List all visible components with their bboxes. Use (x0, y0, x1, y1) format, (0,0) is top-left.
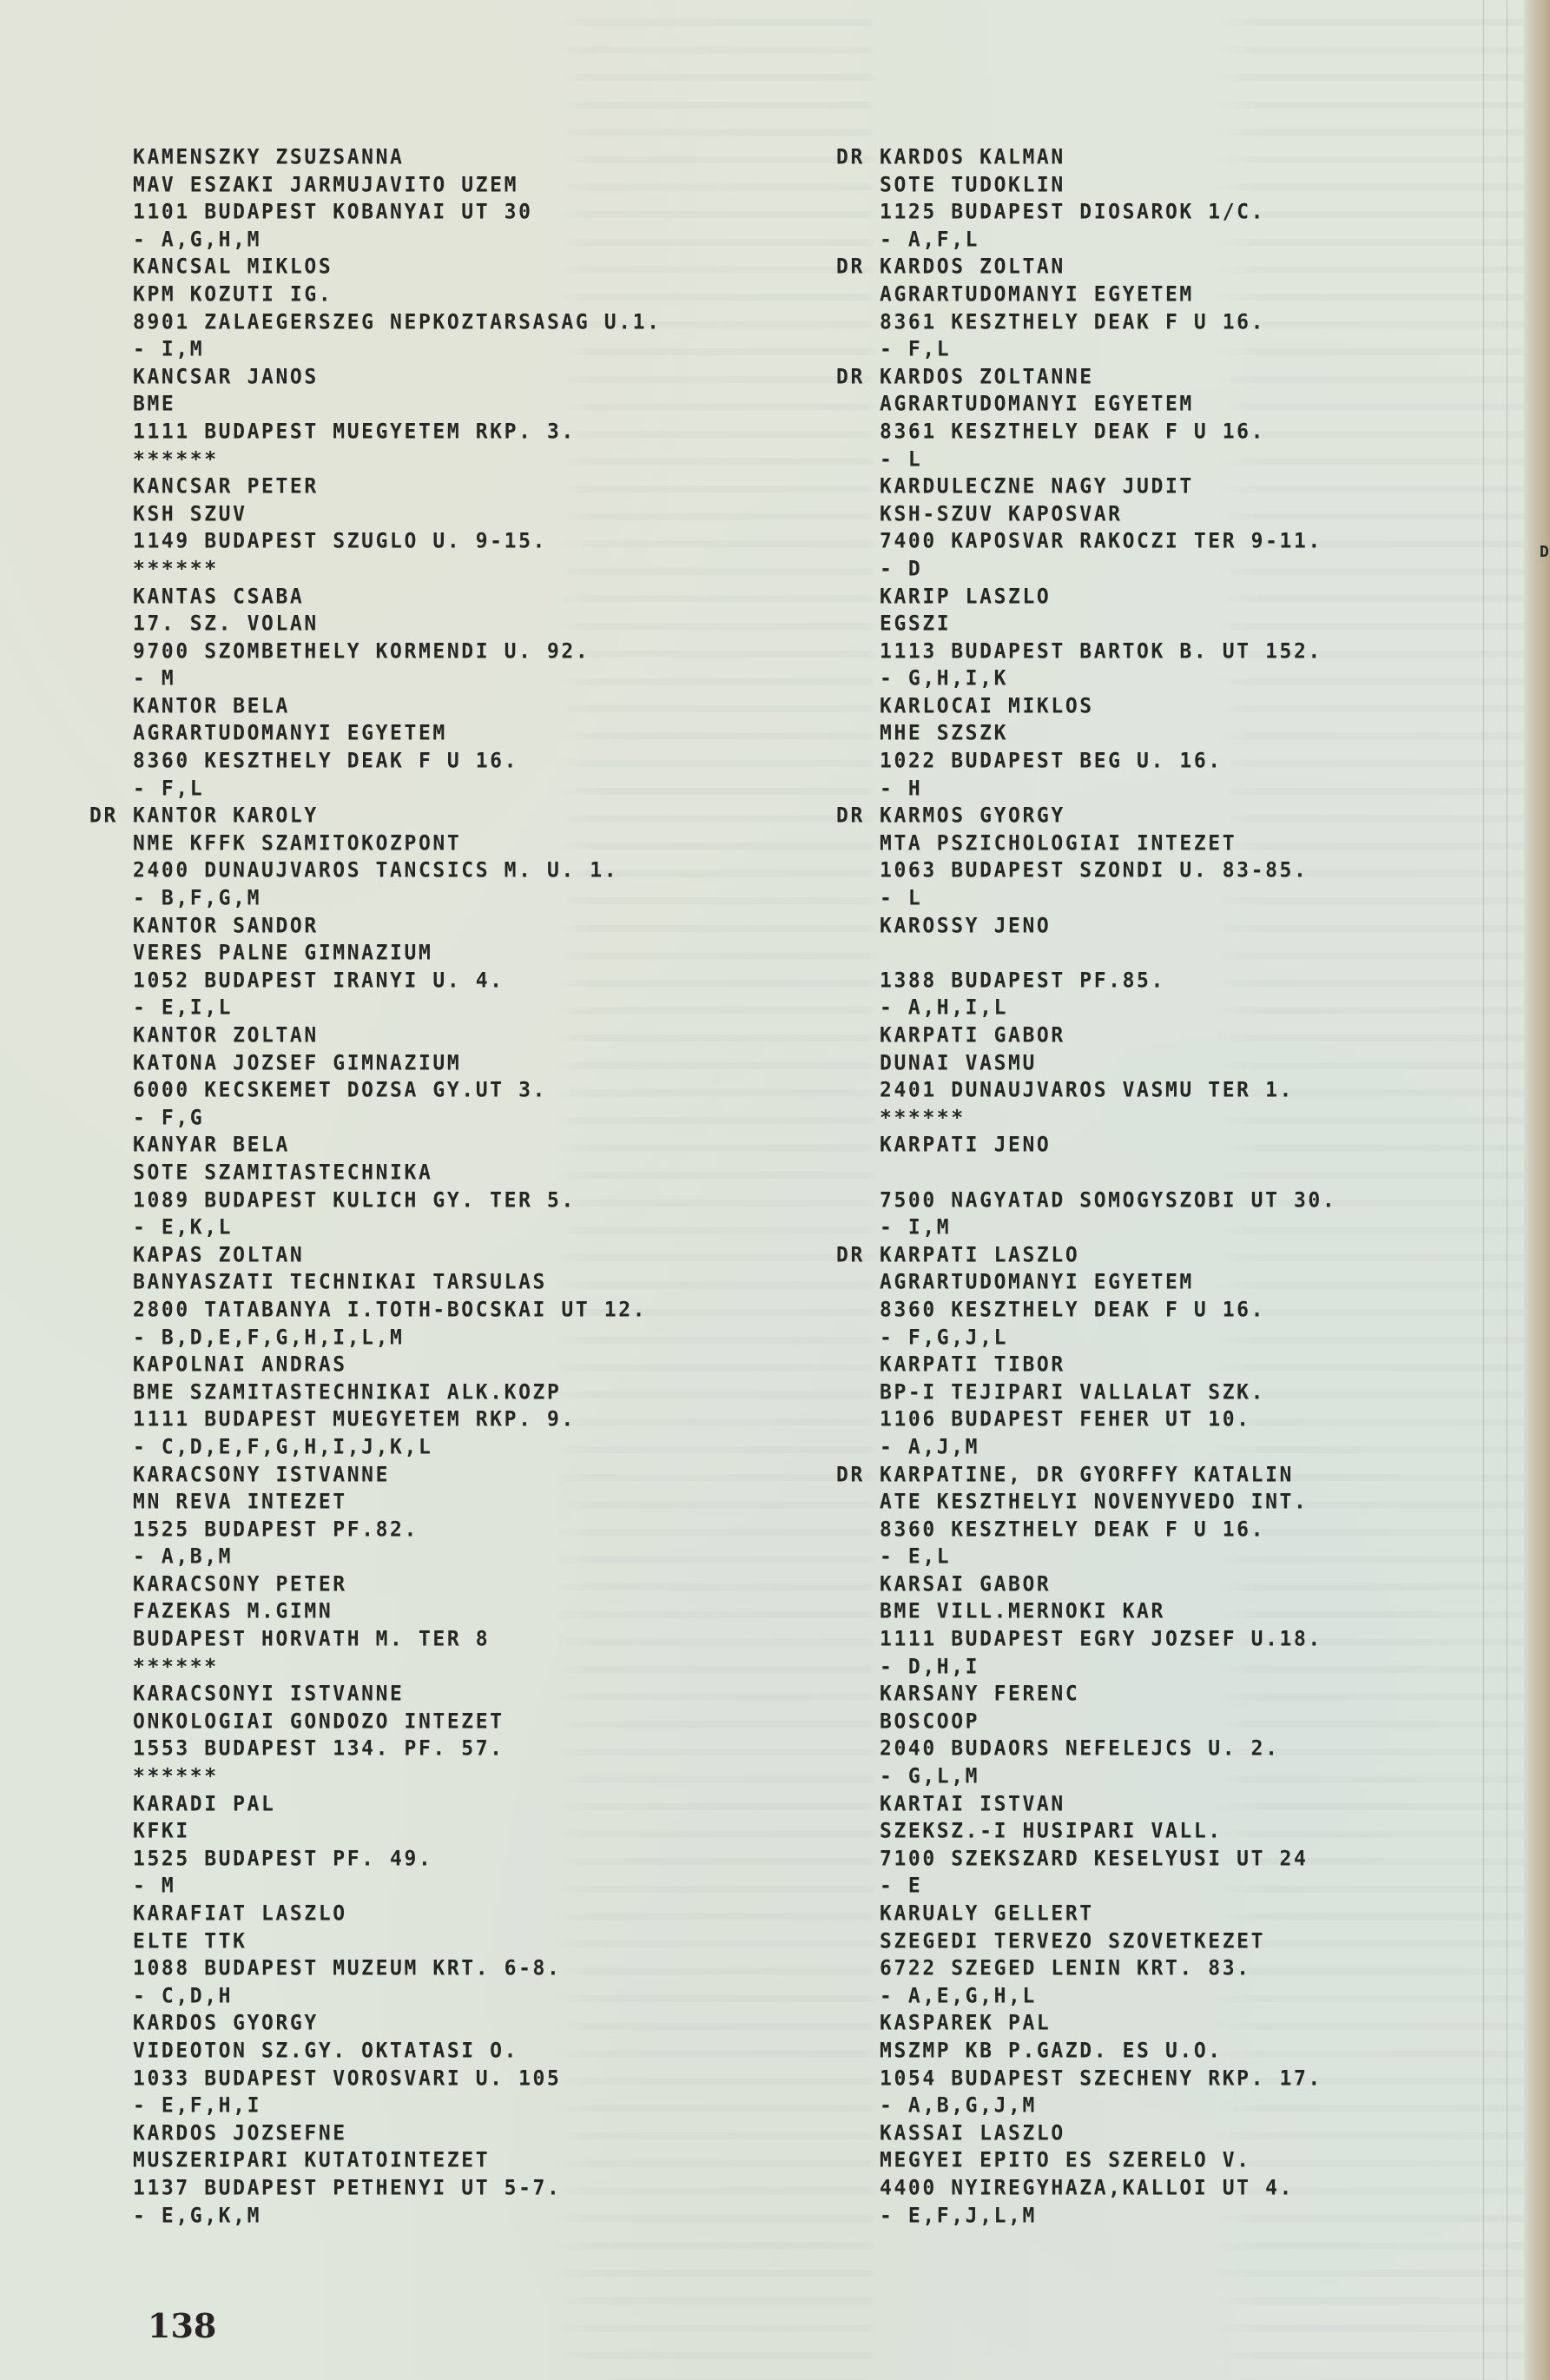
entry-interest-codes: - C,D,H (133, 1982, 662, 2011)
entry-title-prefix: DR (836, 363, 865, 392)
entry-organization: DUNAI VASMU (880, 1049, 1336, 1078)
entry-organization: SZEGEDI TERVEZO SZOVETKEZET (880, 1927, 1336, 1956)
entry-name-text: KARLOCAI MIKLOS (880, 694, 1094, 717)
directory-entry: KARACSONY PETERFAZEKAS M.GIMNBUDAPEST HO… (133, 1571, 662, 1681)
directory-entry: KARDOS GYORGYVIDEOTON SZ.GY. OKTATASI O.… (133, 2010, 662, 2119)
entry-address: 1137 BUDAPEST PETHENYI UT 5-7. (133, 2174, 662, 2203)
entry-name: DRKARPATI LASZLO (880, 1241, 1336, 1270)
entry-name-text: KAROSSY JENO (880, 914, 1051, 937)
entry-address: 1553 BUDAPEST 134. PF. 57. (133, 1735, 662, 1764)
entry-name: KARACSONYI ISTVANNE (133, 1680, 662, 1709)
entry-name: KARTAI ISTVAN (880, 1790, 1336, 1819)
directory-entry: KAPAS ZOLTANBANYASZATI TECHNIKAI TARSULA… (133, 1242, 662, 1352)
directory-entry: DRKARDOS KALMANSOTE TUDOKLIN1125 BUDAPES… (880, 144, 1336, 254)
entry-interest-codes: - F,L (133, 775, 662, 803)
entry-interest-codes: - M (133, 664, 662, 693)
entry-address: 8901 ZALAEGERSZEG NEPKOZTARSASAG U.1. (133, 308, 662, 337)
directory-entry: KARDULECZNE NAGY JUDITKSH-SZUV KAPOSVAR7… (880, 473, 1336, 583)
entry-title-prefix: DR (89, 802, 118, 830)
directory-entry: DRKARPATINE, DR GYORFFY KATALINATE KESZT… (880, 1462, 1336, 1571)
entry-interest-codes: - C,D,E,F,G,H,I,J,K,L (133, 1433, 662, 1462)
fold-line (1483, 0, 1484, 2380)
entry-address: 7400 KAPOSVAR RAKOCZI TER 9-11. (880, 528, 1336, 557)
entry-name: KANYAR BELA (133, 1132, 662, 1160)
entry-interest-codes: - I,M (133, 335, 662, 364)
entry-title-prefix: DR (836, 1241, 865, 1270)
entry-address: 1033 BUDAPEST VOROSVARI U. 105 (133, 2065, 662, 2093)
entry-name: DRKARDOS ZOLTANNE (880, 363, 1336, 392)
entry-organization: KPM KOZUTI IG. (133, 281, 662, 309)
next-page-fragment: D (1540, 543, 1549, 561)
entry-title-prefix: DR (836, 254, 865, 282)
entry-name: KARIP LASZLO (880, 583, 1336, 612)
entry-interest-codes: - G,L,M (880, 1762, 1336, 1791)
entry-interest-codes: - F,L (880, 335, 1336, 364)
directory-entry: KASPAREK PALMSZMP KB P.GAZD. ES U.O.1054… (880, 2010, 1336, 2119)
directory-entry: KARPATI JENO7500 NAGYATAD SOMOGYSZOBI UT… (880, 1132, 1336, 1241)
directory-entry: KANCSAL MIKLOSKPM KOZUTI IG.8901 ZALAEGE… (133, 254, 662, 363)
entry-organization: MSZMP KB P.GAZD. ES U.O. (880, 2037, 1336, 2066)
entry-name: DRKARPATINE, DR GYORFFY KATALIN (880, 1461, 1336, 1490)
directory-entry: KARPATI GABORDUNAI VASMU2401 DUNAUJVAROS… (880, 1022, 1336, 1132)
entry-organization: BME (133, 391, 662, 420)
entry-address: 1149 BUDAPEST SZUGLO U. 9-15. (133, 528, 662, 557)
entry-organization: BOSCOOP (880, 1708, 1336, 1736)
entry-address: 1525 BUDAPEST PF.82. (133, 1516, 662, 1544)
entry-name: KANCSAR JANOS (133, 363, 662, 392)
directory-entry: KARSAI GABORBME VILL.MERNOKI KAR1111 BUD… (880, 1571, 1336, 1681)
directory-entry: DRKARDOS ZOLTANNEAGRARTUDOMANYI EGYETEM8… (880, 364, 1336, 473)
entry-address: 8361 KESZTHELY DEAK F U 16. (880, 418, 1336, 446)
entry-address: 1101 BUDAPEST KOBANYAI UT 30 (133, 198, 662, 227)
entry-interest-codes: ****** (133, 1762, 662, 1791)
entry-organization: EGSZI (880, 610, 1336, 638)
entry-organization: VERES PALNE GIMNAZIUM (133, 939, 662, 968)
entry-address: 2401 DUNAUJVAROS VASMU TER 1. (880, 1076, 1336, 1105)
entry-interest-codes: - L (880, 884, 1336, 913)
directory-entry: KARPATI TIBORBP-I TEJIPARI VALLALAT SZK.… (880, 1352, 1336, 1461)
entry-organization: SZEKSZ.-I HUSIPARI VALL. (880, 1817, 1336, 1846)
entry-name: KARDULECZNE NAGY JUDIT (880, 473, 1336, 501)
entry-name-text: KARSAI GABOR (880, 1572, 1051, 1596)
directory-entry: KAROSSY JENO1388 BUDAPEST PF.85.- A,H,I,… (880, 913, 1336, 1022)
entry-address: 1125 BUDAPEST DIOSAROK 1/C. (880, 198, 1336, 227)
entry-name: KARPATI TIBOR (880, 1351, 1336, 1379)
entry-name: KARSAI GABOR (880, 1570, 1336, 1599)
directory-entry: KANCSAR PETERKSH SZUV1149 BUDAPEST SZUGL… (133, 473, 662, 583)
entry-name-text: KARTAI ISTVAN (880, 1792, 1065, 1815)
entry-name: KANTAS CSABA (133, 583, 662, 612)
entry-name: KAPAS ZOLTAN (133, 1241, 662, 1270)
entry-address: 1063 BUDAPEST SZONDI U. 83-85. (880, 857, 1336, 886)
entry-address: 1089 BUDAPEST KULICH GY. TER 5. (133, 1187, 662, 1215)
entry-organization: ATE KESZTHELYI NOVENYVEDO INT. (880, 1488, 1336, 1517)
entry-interest-codes: - I,M (880, 1213, 1336, 1242)
entry-name-text: KARACSONY ISTVANNE (133, 1463, 390, 1486)
entry-address: 7100 SZEKSZARD KESELYUSI UT 24 (880, 1845, 1336, 1874)
entry-name: KARAFIAT LASZLO (133, 1900, 662, 1928)
entry-organization: VIDEOTON SZ.GY. OKTATASI O. (133, 2037, 662, 2066)
directory-column-right: DRKARDOS KALMANSOTE TUDOKLIN1125 BUDAPES… (880, 144, 1336, 2230)
entry-organization: BME SZAMITASTECHNIKAI ALK.KOZP (133, 1378, 662, 1407)
entry-title-prefix: DR (836, 1461, 865, 1490)
page-edge (1524, 0, 1550, 2380)
entry-interest-codes: - B,F,G,M (133, 884, 662, 913)
entry-address: 2040 BUDAORS NEFELEJCS U. 2. (880, 1735, 1336, 1764)
entry-title-prefix: DR (836, 802, 865, 830)
entry-name: KAPOLNAI ANDRAS (133, 1351, 662, 1379)
entry-organization: NME KFFK SZAMITOKOZPONT (133, 830, 662, 858)
entry-name: KARDOS GYORGY (133, 2010, 662, 2039)
entry-address: BUDAPEST HORVATH M. TER 8 (133, 1625, 662, 1654)
directory-entry: DRKARPATI LASZLOAGRARTUDOMANYI EGYETEM83… (880, 1242, 1336, 1352)
entry-name: KARACSONY PETER (133, 1570, 662, 1599)
directory-entry: KARIP LASZLOEGSZI1113 BUDAPEST BARTOK B.… (880, 584, 1336, 693)
directory-entry: KARTAI ISTVANSZEKSZ.-I HUSIPARI VALL.710… (880, 1791, 1336, 1901)
entry-organization: SOTE TUDOKLIN (880, 171, 1336, 200)
entry-interest-codes: - D,H,I (880, 1653, 1336, 1682)
entry-address: 1113 BUDAPEST BARTOK B. UT 152. (880, 638, 1336, 666)
directory-column-left: KAMENSZKY ZSUZSANNAMAV ESZAKI JARMUJAVIT… (133, 144, 662, 2230)
entry-interest-codes: - E,F,J,L,M (880, 2202, 1336, 2231)
entry-organization (880, 939, 1336, 968)
entry-organization: BANYASZATI TECHNIKAI TARSULAS (133, 1269, 662, 1298)
entry-address: 1022 BUDAPEST BEG U. 16. (880, 747, 1336, 776)
entry-organization: FAZEKAS M.GIMN (133, 1598, 662, 1627)
directory-entry: KARLOCAI MIKLOSMHE SZSZK1022 BUDAPEST BE… (880, 693, 1336, 803)
entry-name-text: KARDOS GYORGY (133, 2012, 319, 2035)
entry-name-text: KARDOS ZOLTAN (880, 255, 1065, 279)
entry-address: 8360 KESZTHELY DEAK F U 16. (133, 747, 662, 776)
entry-address: 1052 BUDAPEST IRANYI U. 4. (133, 967, 662, 995)
entry-organization: KATONA JOZSEF GIMNAZIUM (133, 1049, 662, 1078)
entry-interest-codes: - A,E,G,H,L (880, 1982, 1336, 2011)
directory-entry: KARDOS JOZSEFNEMUSZERIPARI KUTATOINTEZET… (133, 2120, 662, 2230)
entry-name-text: KANCSAR PETER (133, 474, 319, 498)
entry-interest-codes: - E,K,L (133, 1213, 662, 1242)
entry-address: 7500 NAGYATAD SOMOGYSZOBI UT 30. (880, 1187, 1336, 1215)
entry-organization: ELTE TTK (133, 1927, 662, 1956)
entry-interest-codes: - B,D,E,F,G,H,I,L,M (133, 1324, 662, 1352)
directory-entry: KANTAS CSABA17. SZ. VOLAN9700 SZOMBETHEL… (133, 584, 662, 693)
entry-name-text: KASSAI LASZLO (880, 2121, 1065, 2145)
entry-address: 1111 BUDAPEST MUEGYETEM RKP. 3. (133, 418, 662, 446)
entry-address: 6000 KECSKEMET DOZSA GY.UT 3. (133, 1076, 662, 1105)
directory-entry: DRKANTOR KAROLYNME KFFK SZAMITOKOZPONT24… (133, 803, 662, 912)
entry-name-text: KARPATI JENO (880, 1134, 1051, 1157)
entry-address: 2400 DUNAUJVAROS TANCSICS M. U. 1. (133, 857, 662, 886)
entry-interest-codes: - M (133, 1873, 662, 1901)
entry-address: 2800 TATABANYA I.TOTH-BOCSKAI UT 12. (133, 1296, 662, 1325)
entry-interest-codes: - E,I,L (133, 995, 662, 1023)
entry-name-text: KAPOLNAI ANDRAS (133, 1352, 347, 1376)
entry-name: KARDOS JOZSEFNE (133, 2119, 662, 2148)
entry-interest-codes: ****** (880, 1104, 1336, 1133)
entry-name: KANTOR ZOLTAN (133, 1021, 662, 1050)
entry-name: KAROSSY JENO (880, 912, 1336, 941)
entry-name: KAMENSZKY ZSUZSANNA (133, 143, 662, 172)
directory-entry: KANYAR BELASOTE SZAMITASTECHNIKA1089 BUD… (133, 1132, 662, 1241)
entry-title-prefix: DR (836, 143, 865, 172)
entry-address: 8361 KESZTHELY DEAK F U 16. (880, 308, 1336, 337)
entry-address: 9700 SZOMBETHELY KORMENDI U. 92. (133, 638, 662, 666)
entry-name-text: KANTOR SANDOR (133, 914, 319, 937)
directory-entry: KANTOR ZOLTANKATONA JOZSEF GIMNAZIUM6000… (133, 1022, 662, 1132)
directory-entry: KANCSAR JANOSBME1111 BUDAPEST MUEGYETEM … (133, 364, 662, 473)
entry-name-text: KARUALY GELLERT (880, 1901, 1094, 1925)
entry-name-text: KARPATI GABOR (880, 1023, 1065, 1047)
entry-interest-codes: - A,B,G,J,M (880, 2092, 1336, 2120)
entry-interest-codes: - E,L (880, 1543, 1336, 1571)
directory-entry: KARSANY FERENCBOSCOOP2040 BUDAORS NEFELE… (880, 1681, 1336, 1790)
entry-organization: MN REVA INTEZET (133, 1488, 662, 1517)
entry-name-text: KARACSONY PETER (133, 1572, 347, 1596)
entry-organization: MTA PSZICHOLOGIAI INTEZET (880, 830, 1336, 858)
directory-entry: KARAFIAT LASZLOELTE TTK1088 BUDAPEST MUZ… (133, 1901, 662, 2010)
entry-organization: AGRARTUDOMANYI EGYETEM (880, 1269, 1336, 1298)
entry-organization: MAV ESZAKI JARMUJAVITO UZEM (133, 171, 662, 200)
entry-name-text: KANTAS CSABA (133, 585, 304, 608)
entry-address: 1111 BUDAPEST EGRY JOZSEF U.18. (880, 1625, 1336, 1654)
entry-organization: SOTE SZAMITASTECHNIKA (133, 1159, 662, 1187)
page-number: 138 (148, 2306, 216, 2345)
entry-name: DRKARMOS GYORGY (880, 802, 1336, 830)
directory-entry: DRKARMOS GYORGYMTA PSZICHOLOGIAI INTEZET… (880, 803, 1336, 912)
entry-organization: KSH SZUV (133, 500, 662, 529)
entry-address: 1088 BUDAPEST MUZEUM KRT. 6-8. (133, 1954, 662, 1983)
entry-address: 1054 BUDAPEST SZECHENY RKP. 17. (880, 2065, 1336, 2093)
entry-name: DRKARDOS ZOLTAN (880, 254, 1336, 282)
entry-name: KARPATI JENO (880, 1132, 1336, 1160)
entry-organization: BP-I TEJIPARI VALLALAT SZK. (880, 1378, 1336, 1407)
entry-interest-codes: - G,H,I,K (880, 664, 1336, 693)
entry-name: DRKARDOS KALMAN (880, 143, 1336, 172)
directory-entry: KANTOR SANDORVERES PALNE GIMNAZIUM1052 B… (133, 913, 662, 1022)
entry-address: 8360 KESZTHELY DEAK F U 16. (880, 1296, 1336, 1325)
entry-address: 4400 NYIREGYHAZA,KALLOI UT 4. (880, 2174, 1336, 2203)
entry-name-text: KARDOS ZOLTANNE (880, 365, 1094, 388)
entry-organization: ONKOLOGIAI GONDOZO INTEZET (133, 1708, 662, 1736)
entry-organization: MUSZERIPARI KUTATOINTEZET (133, 2147, 662, 2176)
entry-name-text: KARMOS GYORGY (880, 804, 1065, 828)
entry-interest-codes: - E,G,K,M (133, 2202, 662, 2231)
entry-address: 1525 BUDAPEST PF. 49. (133, 1845, 662, 1874)
directory-entry: KANTOR BELAAGRARTUDOMANYI EGYETEM8360 KE… (133, 693, 662, 803)
entry-name: KASSAI LASZLO (880, 2119, 1336, 2148)
entry-name: KANCSAL MIKLOS (133, 254, 662, 282)
entry-organization: BME VILL.MERNOKI KAR (880, 1598, 1336, 1627)
entry-interest-codes: - E,F,H,I (133, 2092, 662, 2120)
entry-address: 1111 BUDAPEST MUEGYETEM RKP. 9. (133, 1406, 662, 1435)
entry-interest-codes: - A,H,I,L (880, 995, 1336, 1023)
entry-interest-codes: - F,G,J,L (880, 1324, 1336, 1352)
entry-name: KARUALY GELLERT (880, 1900, 1336, 1928)
directory-entry: KARUALY GELLERTSZEGEDI TERVEZO SZOVETKEZ… (880, 1901, 1336, 2010)
entry-name-text: KANCSAR JANOS (133, 365, 319, 388)
directory-entry: KAMENSZKY ZSUZSANNAMAV ESZAKI JARMUJAVIT… (133, 144, 662, 254)
entry-interest-codes: - A,G,H,M (133, 226, 662, 255)
entry-name-text: KANTOR KAROLY (133, 804, 319, 828)
entry-interest-codes: - E (880, 1873, 1336, 1901)
entry-name-text: KANYAR BELA (133, 1134, 290, 1157)
entry-interest-codes: ****** (133, 555, 662, 584)
entry-interest-codes: - A,B,M (133, 1543, 662, 1571)
entry-organization: KFKI (133, 1817, 662, 1846)
entry-address: 1106 BUDAPEST FEHER UT 10. (880, 1406, 1336, 1435)
entry-name: KARLOCAI MIKLOS (880, 692, 1336, 721)
entry-name: KANCSAR PETER (133, 473, 662, 501)
entry-name-text: KARIP LASZLO (880, 585, 1051, 608)
entry-name-text: KARPATI TIBOR (880, 1352, 1065, 1376)
entry-interest-codes: - H (880, 775, 1336, 803)
entry-address: 8360 KESZTHELY DEAK F U 16. (880, 1516, 1336, 1544)
directory-entry: KASSAI LASZLOMEGYEI EPITO ES SZERELO V.4… (880, 2120, 1336, 2230)
entry-address: 6722 SZEGED LENIN KRT. 83. (880, 1954, 1336, 1983)
entry-name: KASPAREK PAL (880, 2010, 1336, 2039)
entry-organization: MEGYEI EPITO ES SZERELO V. (880, 2147, 1336, 2176)
entry-interest-codes: ****** (133, 446, 662, 474)
entry-name: KARSANY FERENC (880, 1680, 1336, 1709)
entry-name: KARADI PAL (133, 1790, 662, 1819)
entry-name-text: KARDOS JOZSEFNE (133, 2121, 347, 2145)
entry-name-text: KANTOR ZOLTAN (133, 1023, 319, 1047)
directory-entry: KARADI PALKFKI1525 BUDAPEST PF. 49.- M (133, 1791, 662, 1901)
entry-interest-codes: - D (880, 555, 1336, 584)
entry-organization (880, 1159, 1336, 1187)
entry-name-text: KANTOR BELA (133, 694, 290, 717)
entry-name-text: KARDULECZNE NAGY JUDIT (880, 474, 1194, 498)
entry-name-text: KARPATINE, DR GYORFFY KATALIN (880, 1463, 1294, 1486)
entry-name-text: KARPATI LASZLO (880, 1243, 1079, 1266)
entry-interest-codes: - A,F,L (880, 226, 1336, 255)
entry-name: KARPATI GABOR (880, 1021, 1336, 1050)
entry-name-text: KARACSONYI ISTVANNE (133, 1683, 405, 1706)
entry-organization: AGRARTUDOMANYI EGYETEM (133, 720, 662, 749)
entry-address: 1388 BUDAPEST PF.85. (880, 967, 1336, 995)
entry-interest-codes: - L (880, 446, 1336, 474)
entry-name: KARACSONY ISTVANNE (133, 1461, 662, 1490)
entry-name-text: KARAFIAT LASZLO (133, 1901, 347, 1925)
directory-entry: KAPOLNAI ANDRASBME SZAMITASTECHNIKAI ALK… (133, 1352, 662, 1461)
entry-name: DRKANTOR KAROLY (133, 802, 662, 830)
entry-name-text: KARADI PAL (133, 1792, 275, 1815)
entry-name-text: KAPAS ZOLTAN (133, 1243, 304, 1266)
entry-name: KANTOR SANDOR (133, 912, 662, 941)
entry-organization: AGRARTUDOMANYI EGYETEM (880, 281, 1336, 309)
entry-organization: 17. SZ. VOLAN (133, 610, 662, 638)
entry-name-text: KASPAREK PAL (880, 2012, 1051, 2035)
entry-organization: MHE SZSZK (880, 720, 1336, 749)
directory-entry: DRKARDOS ZOLTANAGRARTUDOMANYI EGYETEM836… (880, 254, 1336, 363)
directory-entry: KARACSONYI ISTVANNEONKOLOGIAI GONDOZO IN… (133, 1681, 662, 1790)
entry-interest-codes: ****** (133, 1653, 662, 1682)
entry-organization: KSH-SZUV KAPOSVAR (880, 500, 1336, 529)
entry-name-text: KANCSAL MIKLOS (133, 255, 333, 279)
entry-organization: AGRARTUDOMANYI EGYETEM (880, 391, 1336, 420)
directory-entry: KARACSONY ISTVANNEMN REVA INTEZET1525 BU… (133, 1462, 662, 1571)
fold-line (1507, 0, 1507, 2380)
entry-name: KANTOR BELA (133, 692, 662, 721)
entry-interest-codes: - A,J,M (880, 1433, 1336, 1462)
entry-name-text: KAMENSZKY ZSUZSANNA (133, 145, 405, 169)
entry-name-text: KARSANY FERENC (880, 1683, 1079, 1706)
entry-interest-codes: - F,G (133, 1104, 662, 1133)
entry-name-text: KARDOS KALMAN (880, 145, 1065, 169)
